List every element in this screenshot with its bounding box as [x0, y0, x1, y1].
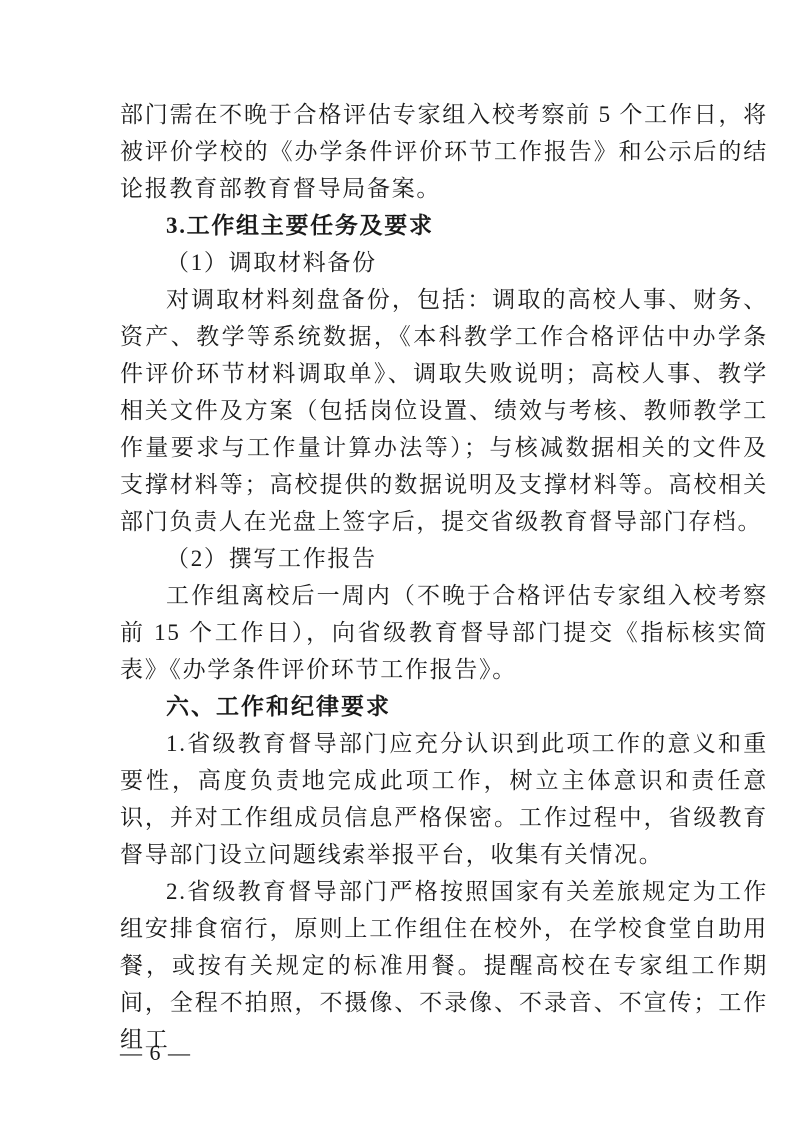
document-page: 部门需在不晚于合格评估专家组入校考察前 5 个工作日，将被评价学校的《办学条件评…	[0, 0, 793, 1122]
sub-item-2-heading: （2）撰写工作报告	[120, 540, 768, 577]
document-body: 部门需在不晚于合格评估专家组入校考察前 5 个工作日，将被评价学校的《办学条件评…	[120, 96, 768, 1058]
paragraph-discipline-2: 2.省级教育督导部门严格按照国家有关差旅规定为工作组安排食宿行，原则上工作组住在…	[120, 873, 768, 1058]
paragraph-work-report: 工作组离校后一周内（不晚于合格评估专家组入校考察前 15 个工作日），向省级教育…	[120, 577, 768, 688]
paragraph-discipline-1: 1.省级教育督导部门应充分认识到此项工作的意义和重要性，高度负责地完成此项工作，…	[120, 725, 768, 873]
paragraph-continued: 部门需在不晚于合格评估专家组入校考察前 5 个工作日，将被评价学校的《办学条件评…	[120, 96, 768, 207]
section-heading-6-discipline: 六、工作和纪律要求	[120, 688, 768, 725]
paragraph-material-backup: 对调取材料刻盘备份，包括：调取的高校人事、财务、资产、教学等系统数据，《本科教学…	[120, 281, 768, 540]
sub-item-1-heading: （1）调取材料备份	[120, 244, 768, 281]
page-number: — 6 —	[120, 1040, 191, 1066]
section-heading-3-tasks: 3.工作组主要任务及要求	[120, 207, 768, 244]
